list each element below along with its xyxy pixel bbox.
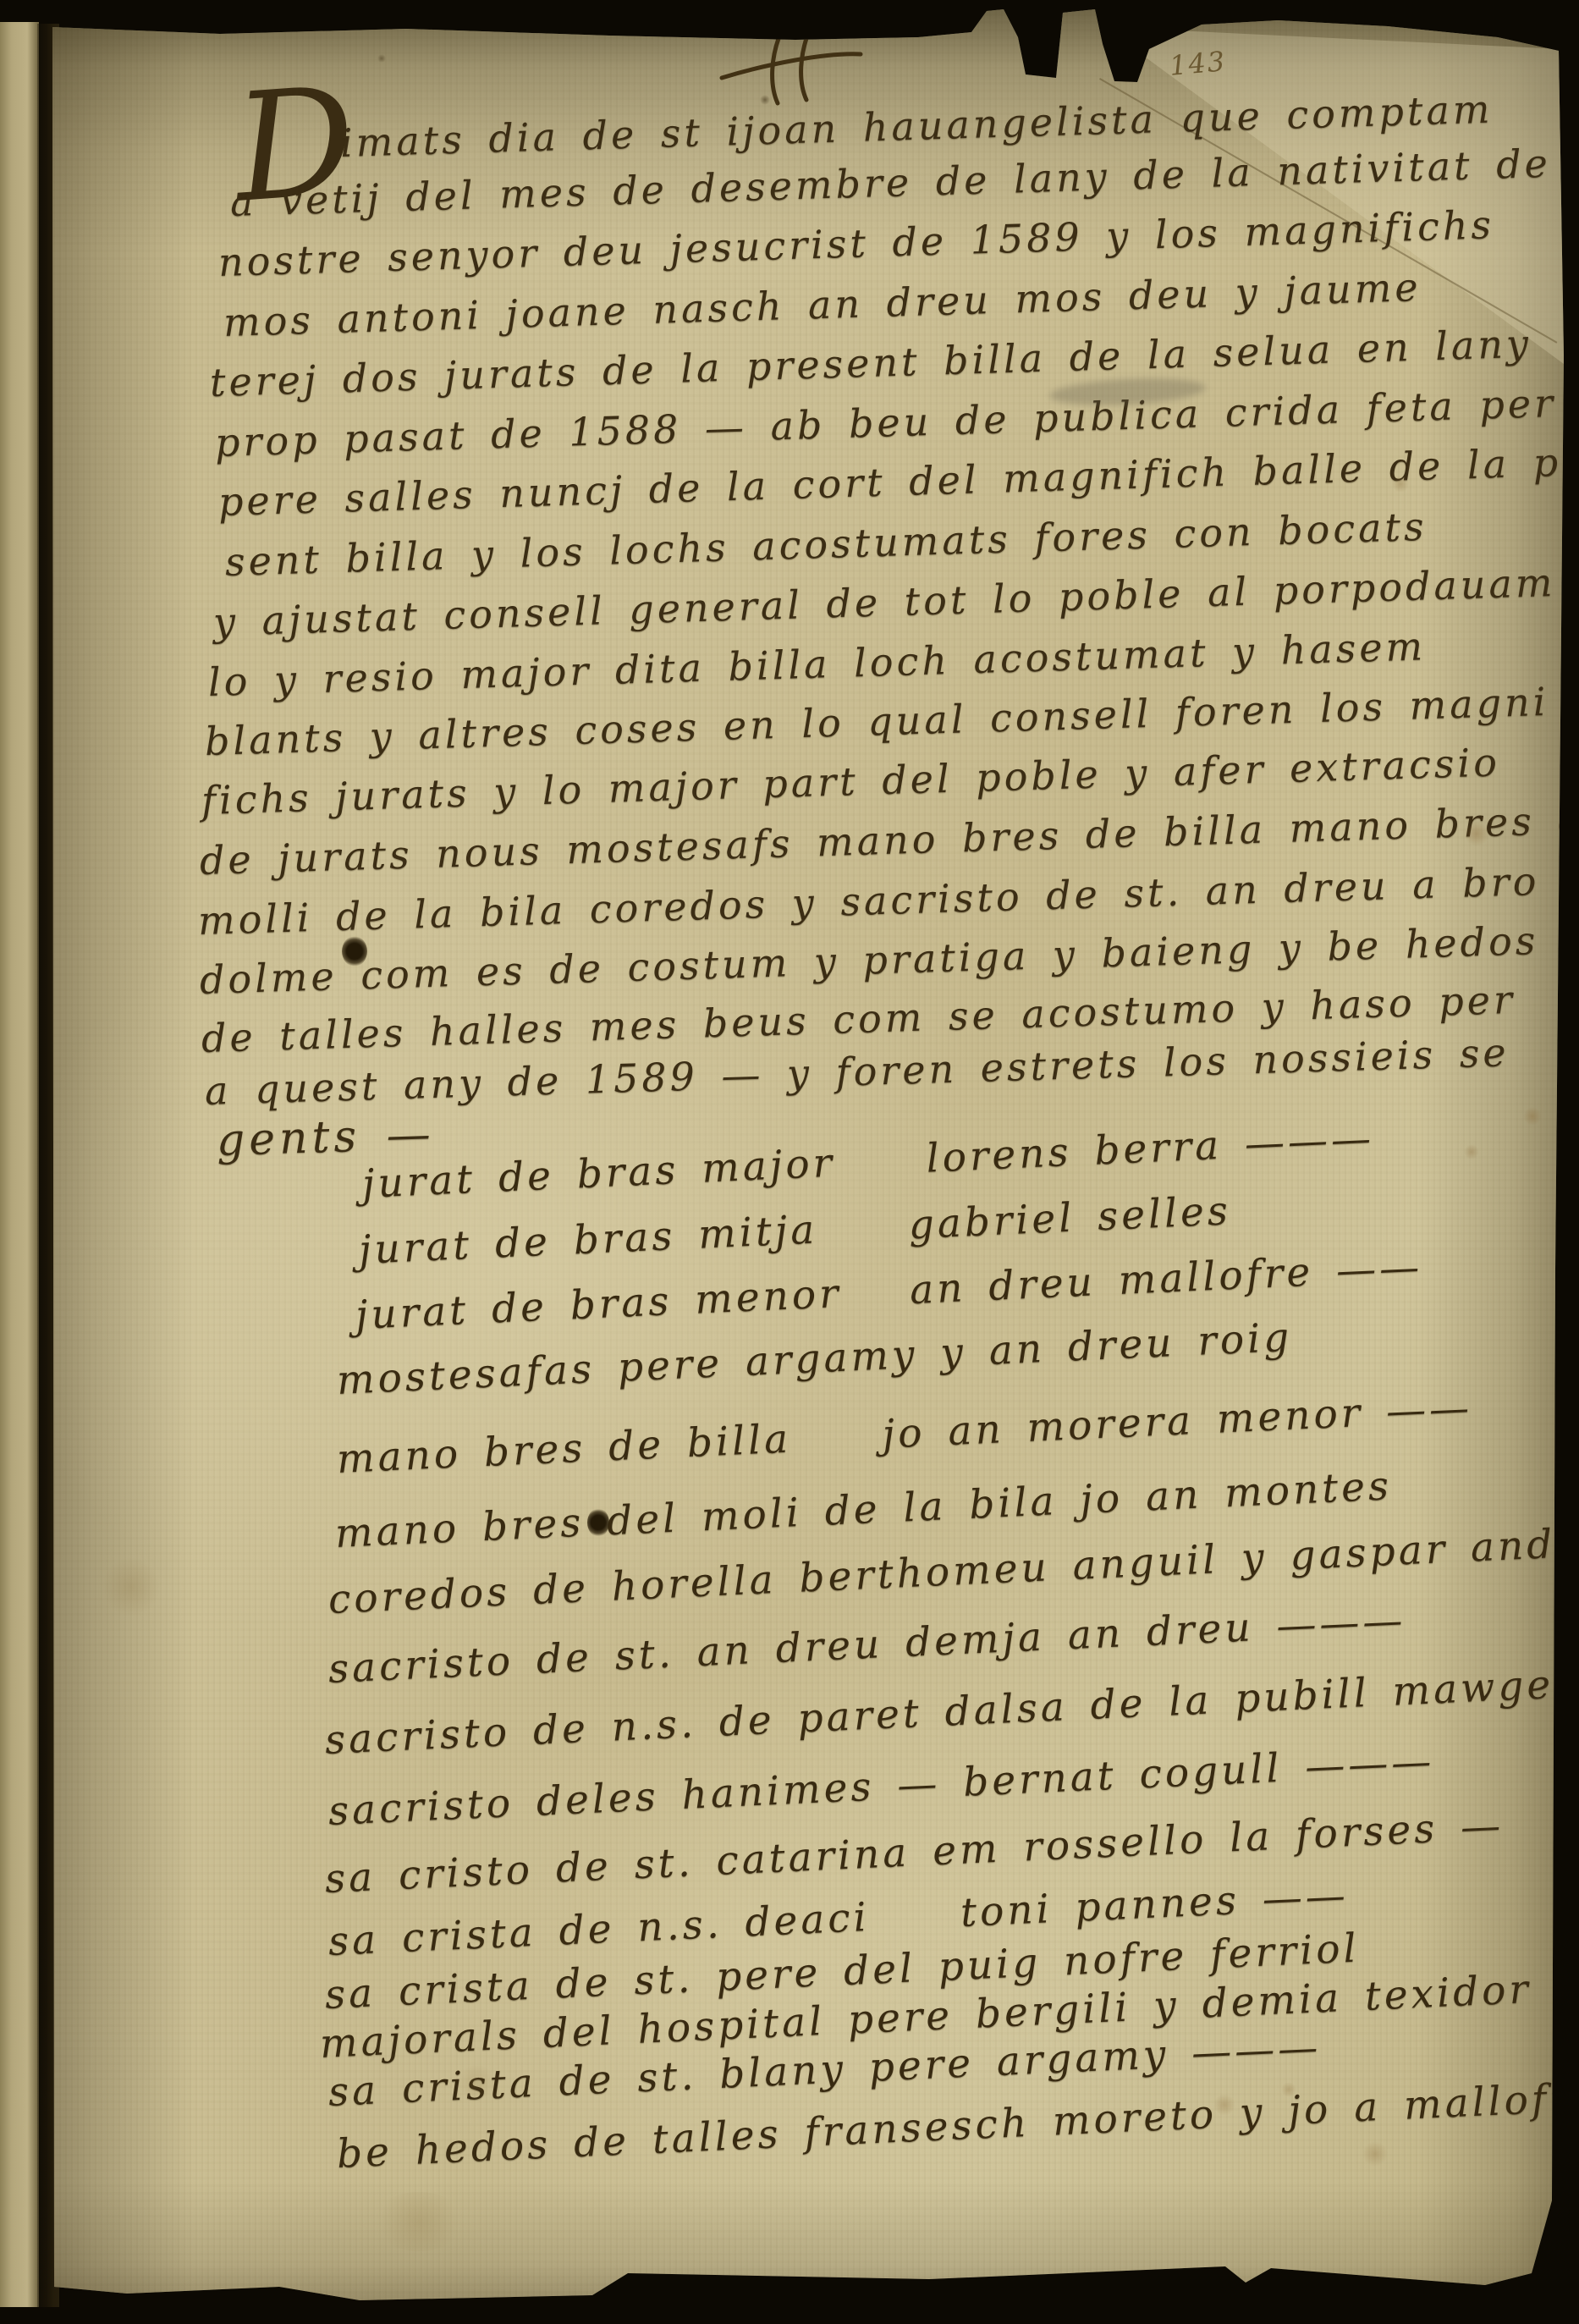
stain (457, 2065, 496, 2099)
stain (1281, 2082, 1296, 2097)
previous-page-edge (0, 22, 39, 2307)
stain (1464, 821, 1489, 846)
stain (1464, 1144, 1479, 1159)
header-flourish-icon (715, 24, 867, 108)
stain (1213, 2094, 1235, 2116)
stain (1523, 1107, 1542, 1126)
stain (377, 54, 386, 63)
stain (1362, 2141, 1388, 2167)
ink-blot (342, 936, 367, 966)
stain (760, 95, 770, 105)
manuscript-page: 143 D imats dia de st ijoan hauangelista… (0, 0, 1579, 2324)
ink-blot (587, 1508, 609, 1537)
manuscript-photo: 143 D imats dia de st ijoan hauangelista… (0, 0, 1579, 2324)
stain (102, 1557, 161, 1616)
folio-number: 143 (1168, 45, 1227, 82)
stain (1392, 476, 1409, 493)
manuscript-line: gents — (216, 1109, 435, 1166)
stain (372, 2192, 465, 2251)
